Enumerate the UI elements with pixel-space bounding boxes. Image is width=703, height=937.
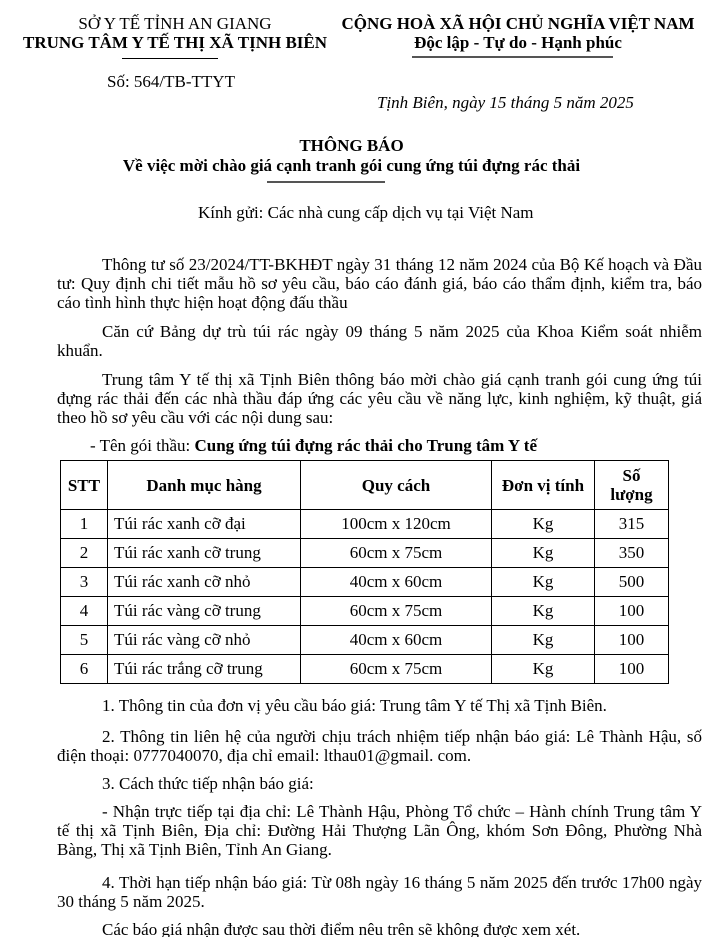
nation-title: CỘNG HOÀ XÃ HỘI CHỦ NGHĨA VIỆT NAM [333, 14, 703, 33]
cell-quantity: 100 [595, 597, 669, 626]
item-2-paragraph: 2. Thông tin liên hệ của người chịu trác… [57, 727, 702, 765]
cell-item: Túi rác vàng cỡ nhỏ [108, 626, 301, 655]
item-3-detail-paragraph: - Nhận trực tiếp tại địa chỉ: Lê Thành H… [57, 802, 702, 859]
cell-spec: 60cm x 75cm [301, 597, 492, 626]
cell-quantity: 500 [595, 568, 669, 597]
cell-stt: 4 [61, 597, 108, 626]
header-right: CỘNG HOÀ XÃ HỘI CHỦ NGHĨA VIỆT NAM Độc l… [333, 14, 703, 52]
cell-stt: 6 [61, 655, 108, 684]
cell-stt: 5 [61, 626, 108, 655]
item-1-paragraph: 1. Thông tin của đơn vị yêu cầu báo giá:… [57, 696, 702, 715]
notice-title: THÔNG BÁO Về việc mời chào giá cạnh tran… [0, 136, 703, 176]
cell-unit: Kg [492, 568, 595, 597]
cell-spec: 40cm x 60cm [301, 626, 492, 655]
package-name: Cung ứng túi đựng rác thải cho Trung tâm… [195, 436, 538, 455]
header-quantity: Số lượng [595, 461, 669, 510]
cell-stt: 3 [61, 568, 108, 597]
cell-quantity: 315 [595, 510, 669, 539]
recipient: Kính gửi: Các nhà cung cấp dịch vụ tại V… [198, 203, 534, 223]
cell-item: Túi rác xanh cỡ trung [108, 539, 301, 568]
table-row: 1 Túi rác xanh cỡ đại 100cm x 120cm Kg 3… [61, 510, 669, 539]
cell-quantity: 350 [595, 539, 669, 568]
legal-basis-paragraph: Thông tư số 23/2024/TT-BKHĐT ngày 31 thá… [57, 255, 702, 312]
header-item: Danh mục hàng [108, 461, 301, 510]
document-number: Số: 564/TB-TTYT [107, 72, 235, 92]
cell-quantity: 100 [595, 655, 669, 684]
item-3-paragraph: 3. Cách thức tiếp nhận báo giá: [57, 774, 702, 793]
cell-unit: Kg [492, 626, 595, 655]
national-motto: Độc lập - Tự do - Hạnh phúc [333, 33, 703, 52]
cell-item: Túi rác xanh cỡ nhỏ [108, 568, 301, 597]
invitation-paragraph: Trung tâm Y tế thị xã Tịnh Biên thông bá… [57, 370, 702, 427]
organization-name: TRUNG TÂM Y TẾ THỊ XÃ TỊNH BIÊN [20, 33, 330, 52]
table-row: 4 Túi rác vàng cỡ trung 60cm x 75cm Kg 1… [61, 597, 669, 626]
header-left: SỞ Y TẾ TỈNH AN GIANG TRUNG TÂM Y TẾ THỊ… [20, 14, 330, 52]
cell-spec: 100cm x 120cm [301, 510, 492, 539]
cell-spec: 60cm x 75cm [301, 655, 492, 684]
estimate-basis-paragraph: Căn cứ Bảng dự trù túi rác ngày 09 tháng… [57, 322, 702, 360]
header-spec: Quy cách [301, 461, 492, 510]
cell-item: Túi rác vàng cỡ trung [108, 597, 301, 626]
cell-spec: 60cm x 75cm [301, 539, 492, 568]
notice-subtitle: Về việc mời chào giá cạnh tranh gói cung… [0, 156, 703, 176]
header-unit: Đơn vị tính [492, 461, 595, 510]
items-table: STT Danh mục hàng Quy cách Đơn vị tính S… [60, 460, 669, 684]
table-row: 3 Túi rác xanh cỡ nhỏ 40cm x 60cm Kg 500 [61, 568, 669, 597]
title-divider [267, 181, 385, 183]
cell-unit: Kg [492, 655, 595, 684]
header-left-divider [122, 58, 218, 59]
cell-unit: Kg [492, 510, 595, 539]
department-name: SỞ Y TẾ TỈNH AN GIANG [20, 14, 330, 33]
cell-item: Túi rác trắng cỡ trung [108, 655, 301, 684]
cell-spec: 40cm x 60cm [301, 568, 492, 597]
place-date: Tịnh Biên, ngày 15 tháng 5 năm 2025 [377, 93, 634, 113]
note-paragraph: Các báo giá nhận được sau thời điểm nêu … [57, 920, 702, 937]
table-row: 5 Túi rác vàng cỡ nhỏ 40cm x 60cm Kg 100 [61, 626, 669, 655]
package-label: - Tên gói thầu: [90, 436, 195, 455]
table-header-row: STT Danh mục hàng Quy cách Đơn vị tính S… [61, 461, 669, 510]
item-4-paragraph: 4. Thời hạn tiếp nhận báo giá: Từ 08h ng… [57, 873, 702, 911]
table-row: 6 Túi rác trắng cỡ trung 60cm x 75cm Kg … [61, 655, 669, 684]
cell-item: Túi rác xanh cỡ đại [108, 510, 301, 539]
cell-stt: 1 [61, 510, 108, 539]
table-row: 2 Túi rác xanh cỡ trung 60cm x 75cm Kg 3… [61, 539, 669, 568]
notice-heading: THÔNG BÁO [0, 136, 703, 156]
package-line: - Tên gói thầu: Cung ứng túi đựng rác th… [90, 436, 537, 456]
header-stt: STT [61, 461, 108, 510]
cell-unit: Kg [492, 597, 595, 626]
cell-unit: Kg [492, 539, 595, 568]
cell-quantity: 100 [595, 626, 669, 655]
header-right-divider [412, 56, 613, 58]
cell-stt: 2 [61, 539, 108, 568]
